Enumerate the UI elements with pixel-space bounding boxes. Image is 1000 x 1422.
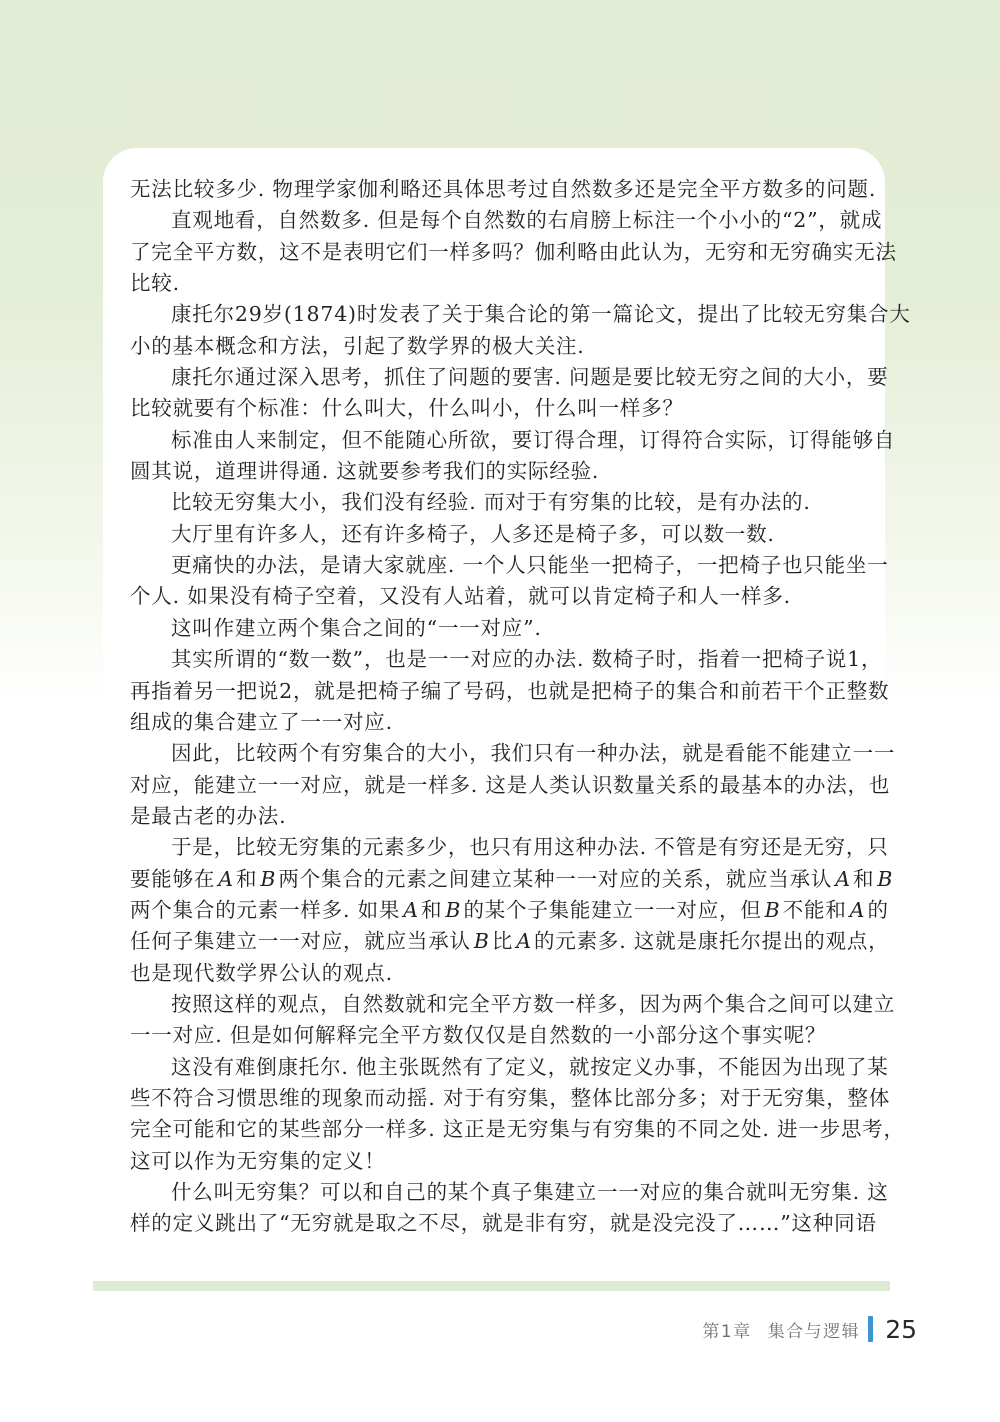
text-line: 两个集合的元素一样多. 如果A和B的某个子集能建立一一对应，但B不能和A的 xyxy=(130,895,878,926)
page-footer: 第1章 集合与逻辑 25 xyxy=(0,1314,917,1344)
text-segment: 完全可能和它的某些部分一样多. 这正是无穷集与有穷集的不同之处. 进一步思考， xyxy=(130,1117,905,1141)
math-variable: A xyxy=(403,898,418,922)
text-line: 样的定义跳出了“无穷就是取之不尽，就是非有穷，就是没完没了……”这种同语 xyxy=(130,1208,878,1239)
footer-divider xyxy=(868,1316,873,1342)
text-segment: 圆其说，道理讲得通. 这就要参考我们的实际经验. xyxy=(130,459,599,483)
text-segment: 不能和 xyxy=(783,898,847,922)
text-segment: 更痛快的办法，是请大家就座. 一个人只能坐一把椅子，一把椅子也只能坐一 xyxy=(171,553,889,577)
math-variable: B xyxy=(445,898,460,922)
text-line: 圆其说，道理讲得通. 这就要参考我们的实际经验. xyxy=(130,456,878,487)
math-variable: A xyxy=(516,929,531,953)
text-line: 再指着另一把说2，就是把椅子编了号码，也就是把椅子的集合和前若干个正整数 xyxy=(130,676,878,707)
text-line: 因此，比较两个有穷集合的大小，我们只有一种办法，就是看能不能建立一一 xyxy=(130,738,878,769)
text-segment: 什么叫无穷集？可以和自己的某个真子集建立一一对应的集合就叫无穷集. 这 xyxy=(171,1180,889,1204)
text-line: 标准由人来制定，但不能随心所欲，要订得合理，订得符合实际，订得能够自 xyxy=(130,425,878,456)
text-line: 也是现代数学界公认的观点. xyxy=(130,958,878,989)
text-segment: 再指着另一把说2，就是把椅子编了号码，也就是把椅子的集合和前若干个正整数 xyxy=(130,679,889,703)
footer-section-title: 集合与逻辑 xyxy=(768,1317,861,1342)
text-segment: 和 xyxy=(236,867,257,891)
text-line: 无法比较多少. 物理学家伽利略还具体思考过自然数多还是完全平方数多的问题. xyxy=(130,174,878,205)
text-line: 一一对应. 但是如何解释完全平方数仅仅是自然数的一小部分这个事实呢？ xyxy=(130,1020,878,1051)
text-line: 任何子集建立一一对应，就应当承认B比A的元素多. 这就是康托尔提出的观点， xyxy=(130,926,878,957)
page-background: 无法比较多少. 物理学家伽利略还具体思考过自然数多还是完全平方数多的问题.直观地… xyxy=(0,0,1000,1422)
text-line: 这可以作为无穷集的定义！ xyxy=(130,1146,878,1177)
text-segment: 一一对应. 但是如何解释完全平方数仅仅是自然数的一小部分这个事实呢？ xyxy=(130,1023,826,1047)
text-line: 完全可能和它的某些部分一样多. 这正是无穷集与有穷集的不同之处. 进一步思考， xyxy=(130,1114,878,1145)
text-line: 个人. 如果没有椅子空着，又没有人站着，就可以肯定椅子和人一样多. xyxy=(130,581,878,612)
text-segment: 两个集合的元素之间建立某种一一对应的关系，就应当承认 xyxy=(278,867,832,891)
text-segment: 比 xyxy=(492,929,513,953)
text-segment: 康托尔通过深入思考，抓住了问题的要害. 问题是要比较无穷之间的大小，要 xyxy=(171,365,889,389)
text-segment: 标准由人来制定，但不能随心所欲，要订得合理，订得符合实际，订得能够自 xyxy=(171,428,895,452)
text-segment: 了完全平方数，这不是表明它们一样多吗？伽利略由此认为，无穷和无穷确实无法 xyxy=(130,240,897,264)
math-variable: A xyxy=(850,898,865,922)
math-variable: A xyxy=(218,867,233,891)
text-segment: 对应，能建立一一对应，就是一样多. 这是人类认识数量关系的最基本的办法，也 xyxy=(130,773,890,797)
bottom-accent-bar xyxy=(93,1281,890,1291)
text-line: 其实所谓的“数一数”，也是一一对应的办法. 数椅子时，指着一把椅子说1， xyxy=(130,644,878,675)
text-segment: 是最古老的办法. xyxy=(130,804,286,828)
text-line: 大厅里有许多人，还有许多椅子，人多还是椅子多，可以数一数. xyxy=(130,519,878,550)
text-segment: 两个集合的元素一样多. 如果 xyxy=(130,898,400,922)
text-segment: 组成的集合建立了一一对应. xyxy=(130,710,393,734)
text-segment: 的某个子集能建立一一对应，但 xyxy=(463,898,761,922)
text-line: 按照这样的观点，自然数就和完全平方数一样多，因为两个集合之间可以建立 xyxy=(130,989,878,1020)
math-variable: B xyxy=(877,867,892,891)
text-segment: 任何子集建立一一对应，就应当承认 xyxy=(130,929,471,953)
text-line: 什么叫无穷集？可以和自己的某个真子集建立一一对应的集合就叫无穷集. 这 xyxy=(130,1177,878,1208)
text-segment: 些不符合习惯思维的现象而动摇. 对于有穷集，整体比部分多；对于无穷集，整体 xyxy=(130,1086,890,1110)
text-line: 康托尔29岁(1874)时发表了关于集合论的第一篇论文，提出了比较无穷集合大 xyxy=(130,299,878,330)
text-segment: 样的定义跳出了“无穷就是取之不尽，就是非有穷，就是没完没了……”这种同语 xyxy=(130,1211,877,1235)
text-line: 对应，能建立一一对应，就是一样多. 这是人类认识数量关系的最基本的办法，也 xyxy=(130,770,878,801)
text-line: 这没有难倒康托尔. 他主张既然有了定义，就按定义办事，不能因为出现了某 xyxy=(130,1052,878,1083)
text-segment: 直观地看，自然数多. 但是每个自然数的右肩膀上标注一个小小的“2”，就成 xyxy=(171,208,882,232)
text-line: 更痛快的办法，是请大家就座. 一个人只能坐一把椅子，一把椅子也只能坐一 xyxy=(130,550,878,581)
text-segment: 和 xyxy=(421,898,442,922)
text-segment: 小的基本概念和方法，引起了数学界的极大关注. xyxy=(130,334,585,358)
text-segment: 和 xyxy=(853,867,874,891)
text-line: 要能够在A和B两个集合的元素之间建立某种一一对应的关系，就应当承认A和B xyxy=(130,864,878,895)
text-segment: 于是，比较无穷集的元素多少，也只有用这种办法. 不管是有穷还是无穷，只 xyxy=(171,835,889,859)
math-variable: B xyxy=(474,929,489,953)
text-line: 些不符合习惯思维的现象而动摇. 对于有穷集，整体比部分多；对于无穷集，整体 xyxy=(130,1083,878,1114)
text-line: 这叫作建立两个集合之间的“一一对应”. xyxy=(130,613,878,644)
text-segment: 无法比较多少. 物理学家伽利略还具体思考过自然数多还是完全平方数多的问题. xyxy=(130,177,876,201)
text-segment: 比较就要有个标准：什么叫大，什么叫小，什么叫一样多？ xyxy=(130,396,684,420)
text-segment: 这叫作建立两个集合之间的“一一对应”. xyxy=(171,616,542,640)
text-line: 比较就要有个标准：什么叫大，什么叫小，什么叫一样多？ xyxy=(130,393,878,424)
text-segment: 这没有难倒康托尔. 他主张既然有了定义，就按定义办事，不能因为出现了某 xyxy=(171,1055,889,1079)
text-segment: 因此，比较两个有穷集合的大小，我们只有一种办法，就是看能不能建立一一 xyxy=(171,741,895,765)
text-segment: 也是现代数学界公认的观点. xyxy=(130,961,393,985)
math-variable: B xyxy=(260,867,275,891)
footer-page-number: 25 xyxy=(885,1315,917,1344)
text-segment: 比较无穷集大小，我们没有经验. 而对于有穷集的比较，是有办法的. xyxy=(171,490,811,514)
text-segment: 大厅里有许多人，还有许多椅子，人多还是椅子多，可以数一数. xyxy=(171,522,775,546)
text-line: 小的基本概念和方法，引起了数学界的极大关注. xyxy=(130,331,878,362)
math-variable: A xyxy=(835,867,850,891)
text-segment: 这可以作为无穷集的定义！ xyxy=(130,1149,386,1173)
text-line: 组成的集合建立了一一对应. xyxy=(130,707,878,738)
text-line: 比较无穷集大小，我们没有经验. 而对于有穷集的比较，是有办法的. xyxy=(130,487,878,518)
text-line: 是最古老的办法. xyxy=(130,801,878,832)
text-line: 直观地看，自然数多. 但是每个自然数的右肩膀上标注一个小小的“2”，就成 xyxy=(130,205,878,236)
text-segment: 其实所谓的“数一数”，也是一一对应的办法. 数椅子时，指着一把椅子说1， xyxy=(171,647,882,671)
text-segment: 的元素多. 这就是康托尔提出的观点， xyxy=(534,929,889,953)
text-segment: 按照这样的观点，自然数就和完全平方数一样多，因为两个集合之间可以建立 xyxy=(171,992,895,1016)
text-segment: 康托尔29岁(1874)时发表了关于集合论的第一篇论文，提出了比较无穷集合大 xyxy=(171,302,911,326)
text-line: 于是，比较无穷集的元素多少，也只有用这种办法. 不管是有穷还是无穷，只 xyxy=(130,832,878,863)
text-segment: 的 xyxy=(867,898,888,922)
math-variable: B xyxy=(765,898,780,922)
body-text: 无法比较多少. 物理学家伽利略还具体思考过自然数多还是完全平方数多的问题.直观地… xyxy=(130,174,878,1240)
text-line: 比较. xyxy=(130,268,878,299)
text-segment: 比较. xyxy=(130,271,180,295)
footer-chapter-label: 第1章 xyxy=(702,1317,751,1342)
text-segment: 要能够在 xyxy=(130,867,215,891)
text-line: 了完全平方数，这不是表明它们一样多吗？伽利略由此认为，无穷和无穷确实无法 xyxy=(130,237,878,268)
text-segment: 个人. 如果没有椅子空着，又没有人站着，就可以肯定椅子和人一样多. xyxy=(130,584,791,608)
text-line: 康托尔通过深入思考，抓住了问题的要害. 问题是要比较无穷之间的大小，要 xyxy=(130,362,878,393)
